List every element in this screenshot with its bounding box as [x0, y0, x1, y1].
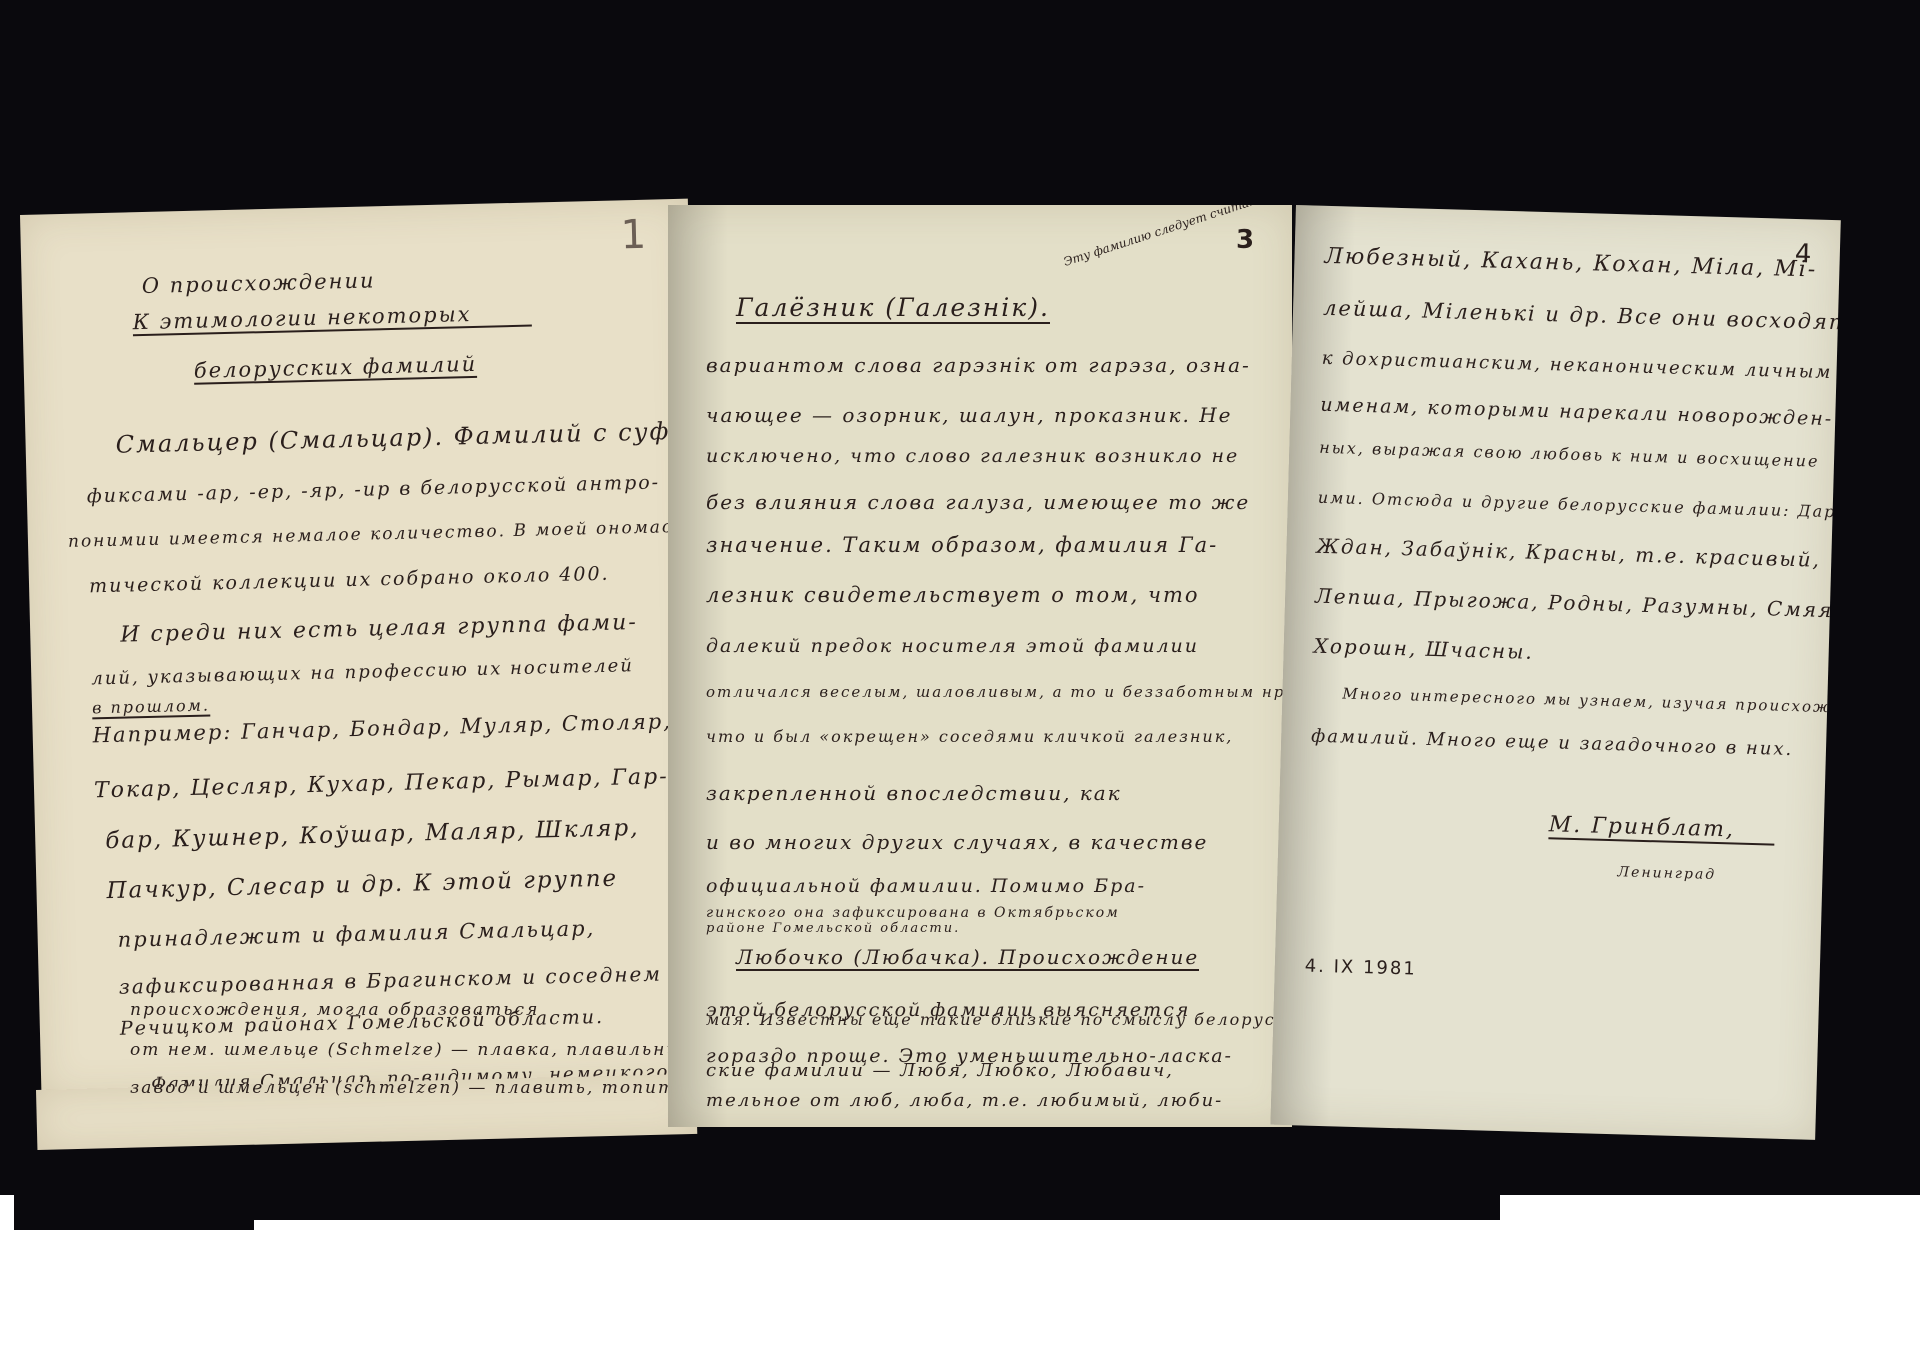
- page-number: 3: [1236, 225, 1254, 255]
- manuscript-page-3: 3 Эту фамилию следует считать фонетическ…: [668, 205, 1292, 1127]
- manuscript-page-1: 1 О происхождении К этимологии некоторых…: [20, 199, 709, 1100]
- text-line-1: Смальцер (Смальцар). Фамилий с суф-: [115, 417, 680, 459]
- text-line-12: официальной фамилии. Помимо Бра-: [706, 875, 1146, 897]
- text-line-5: И среди них есть целая группа фами-: [120, 610, 638, 648]
- text-line-6: лезник свидетельствует о том, что: [706, 583, 1200, 607]
- text-line-13: зафиксированная в Брагинском и соседнем: [119, 962, 663, 999]
- text-line-4: тической коллекции их собрано около 400.: [89, 563, 610, 598]
- text-line-3: исключено, что слово галезник возникло н…: [706, 445, 1239, 467]
- signature: М. Гринблат,: [1548, 812, 1775, 845]
- text-line-9: Токар, Цесляр, Кухар, Пекар, Рымар, Гар-: [94, 764, 669, 803]
- text-line-3: понимии имеется немалое количество. В мо…: [68, 517, 682, 552]
- manuscript-page-4: 4 Любезный, Кахань, Кохан, Мiла, Мi- лей…: [1270, 205, 1840, 1140]
- text-line-10: закрепленной впоследствии, как: [706, 781, 1122, 805]
- text-line-13: гинского она зафиксирована в Октябрьском: [706, 905, 1120, 921]
- text-line-1: Любезный, Кахань, Кохан, Мiла, Мi-: [1324, 244, 1817, 283]
- text-line-8: отличался веселым, шаловливым, а то и бе…: [706, 683, 1292, 701]
- scan-backdrop-bottom-right: [1440, 1170, 1790, 1195]
- page-fold-shadow: [668, 205, 728, 1127]
- date: 4. IX 1981: [1304, 956, 1417, 980]
- signature-place: Ленинград: [1617, 864, 1716, 883]
- page-number: 1: [620, 212, 647, 259]
- title-line-1: О происхождении: [141, 268, 375, 298]
- text-line-19: ские фамилии — Любя, Любко, Любавич,: [706, 1060, 1174, 1081]
- text-line-14: районе Гомельской области.: [706, 921, 960, 936]
- text-line-7: Ждан, Забаўнік, Красны, т.е. красивый,: [1316, 534, 1821, 572]
- title-line-3: белорусских фамилий: [194, 352, 478, 385]
- text-line-9: Хорошн, Шчасны.: [1313, 634, 1534, 664]
- text-line-10: бар, Кушнер, Коўшар, Маляр, Шкляр,: [105, 815, 640, 854]
- text-line-16: происхождения, могла образоваться: [130, 1000, 539, 1020]
- text-line-6: ими. Отсюда и другие белорусские фамилии…: [1318, 488, 1841, 526]
- text-line-2: фиксами -ар, -ер, -яр, -ир в белорусской…: [87, 471, 661, 507]
- text-line-2: чающее — озорник, шалун, проказник. Не: [706, 403, 1232, 427]
- text-line-3: к дохристианским, неканоническим личным: [1321, 348, 1832, 383]
- text-line-5: ных, выражая свою любовь к ним и восхище…: [1319, 438, 1820, 471]
- text-line-11: Пачкур, Слесар и др. К этой группе: [106, 866, 618, 904]
- title-line-2: К этимологии некоторых: [132, 301, 531, 337]
- text-line-11: фамилий. Много еще и загадочного в них.: [1311, 726, 1794, 760]
- text-line-1: вариантом слова гарэзнік от гарэза, озна…: [706, 353, 1251, 377]
- scan-backdrop-bottom-left: [14, 1170, 254, 1230]
- text-line-8: Лепша, Прыгожа, Родны, Разумны, Смяян,: [1315, 584, 1841, 623]
- text-line-4: без влияния слова галуза, имеющее то же: [706, 490, 1250, 514]
- text-line-10: Много интересного мы узнаем, изучая прои…: [1342, 684, 1841, 717]
- text-line-6: лий, указывающих на профессию их носител…: [91, 655, 634, 689]
- entry-heading: Галёзник (Галезнік).: [736, 293, 1050, 324]
- text-line-2: лейша, Міленькі и др. Все они восходят: [1323, 296, 1841, 335]
- text-line-5: значение. Таким образом, фамилия Га-: [706, 533, 1218, 557]
- text-line-4: именам, которыми нарекали новорожден-: [1320, 394, 1833, 430]
- text-line-18: мая. Известны еще такие близкие по смысл…: [706, 1010, 1283, 1029]
- text-line-12: принадлежит и фамилия Смальцар,: [117, 916, 595, 952]
- scan-backdrop-bottom-mid: [250, 1170, 1500, 1220]
- margin-note: Эту фамилию следует считать фонетическим: [1062, 205, 1292, 269]
- text-line-18: завод и шмельцен (schmelzen) — плавить, …: [130, 1078, 695, 1098]
- text-line-17: от нем. шмельце (Schmelze) — плавка, пла…: [130, 1040, 695, 1060]
- text-line-7: далекий предок носителя этой фамилии: [706, 635, 1199, 657]
- text-line-11: и во многих других случаях, в качестве: [706, 830, 1208, 854]
- text-line-7: в прошлом.: [92, 696, 210, 720]
- entry-heading-2: Любочко (Любачка). Происхождение: [736, 945, 1199, 971]
- text-line-9: что и был «окрещен» соседями кличкой гал…: [706, 727, 1233, 746]
- text-line-17: тельное от люб, люба, т.е. любимый, люби…: [706, 1090, 1223, 1111]
